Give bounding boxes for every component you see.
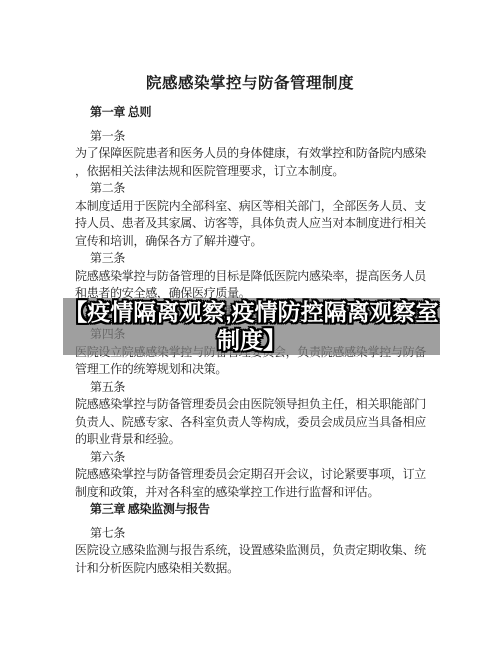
article-6-text-line: 制度和政策，并对各科室的感染掌控工作进行监督和评估。 xyxy=(0,484,500,502)
article-7-text-line: 医院设立感染监测与报告系统，设置感染监测员，负责定期收集、统 xyxy=(0,542,500,560)
document-title: 院感感染掌控与防备管理制度 xyxy=(0,72,500,96)
article-1-label: 第一条 xyxy=(0,128,500,146)
article-5-text-line: 的职业背景和经验。 xyxy=(0,431,500,449)
article-5-label: 第五条 xyxy=(0,379,500,397)
article-3-text-line: 院感感染掌控与防备管理的目标是降低医院内感染率，提高医务人员 xyxy=(0,268,500,286)
article-1-text-line: ，依据相关法律法规和医院管理要求，订立本制度。 xyxy=(0,163,500,181)
article-1-text-line: 为了保障医院患者和医务人员的身体健康，有效掌控和防备院内感染 xyxy=(0,145,500,163)
article-2-label: 第二条 xyxy=(0,180,500,198)
article-6-label: 第六条 xyxy=(0,449,500,467)
chapter-heading-1: 第一章 总则 xyxy=(0,104,500,122)
article-5-text-line: 负责人、院感专家、各科室负责人等构成，委员会成员应当具备相应 xyxy=(0,414,500,432)
watermark-line-1: 【疫情隔离观察,疫情防控隔离观察室 xyxy=(63,299,440,327)
article-2-text-line: 持人员、患者及其家属、访客等，具体负责人应当对本制度进行相关 xyxy=(0,215,500,233)
article-7-text-line: 计和分析医院内感染相关数据。 xyxy=(0,560,500,578)
article-6-text-line: 院感感染掌控与防备管理委员会定期召开会议，讨论紧要事项，订立 xyxy=(0,466,500,484)
watermark-overlay: 【疫情隔离观察,疫情防控隔离观察室 制度】 xyxy=(63,298,440,355)
article-2-text-line: 本制度适用于医院内全部科室、病区等相关部门，全部医务人员、支 xyxy=(0,198,500,216)
article-7-label: 第七条 xyxy=(0,525,500,543)
article-4-text-line: 管理工作的统筹规划和决策。 xyxy=(0,361,500,379)
chapter-heading-3: 第三章 感染监测与报告 xyxy=(0,501,500,519)
article-2-text-line: 宣传和培训，确保各方了解并遵守。 xyxy=(0,233,500,251)
article-5-text-line: 院感感染掌控与防备管理委员会由医院领导担负主任，相关职能部门 xyxy=(0,396,500,414)
watermark-line-2: 制度】 xyxy=(63,327,440,355)
article-3-label: 第三条 xyxy=(0,250,500,268)
document-page: 院感感染掌控与防备管理制度 第一章 总则 第一条 为了保障医院患者和医务人员的身… xyxy=(0,0,500,647)
